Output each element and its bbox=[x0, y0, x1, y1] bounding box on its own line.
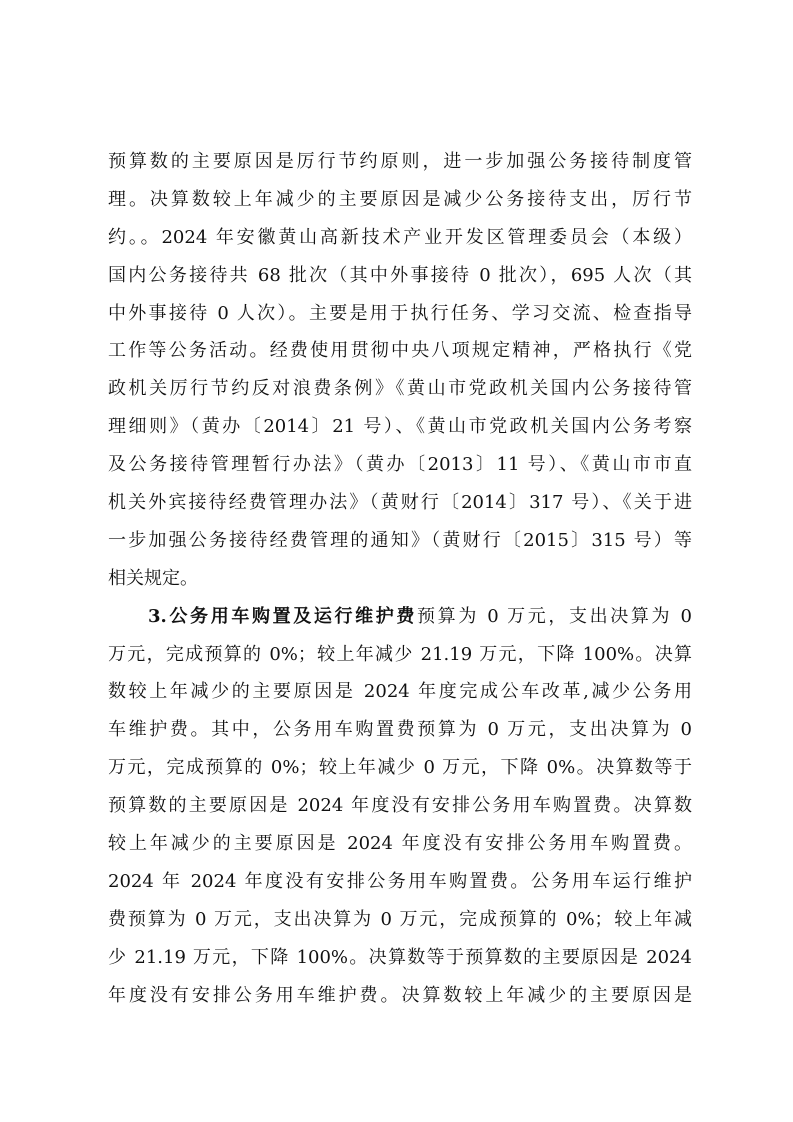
text-line: 约。。2024 年安徽黄山高新技术产业开发区管理委员会（本级） bbox=[108, 219, 692, 257]
text-line: 少 21.19 万元，下降 100%。决算数等于预算数的主要原因是 2024 bbox=[108, 939, 692, 977]
text-line: 一步加强公务接待经费管理的通知》（黄财行〔2015〕315 号）等 bbox=[108, 522, 692, 560]
text-line: 数较上年减少的主要原因是 2024 年度完成公车改革,减少公务用 bbox=[108, 673, 692, 711]
text-line: 中外事接待 0 人次）。主要是用于执行任务、学习交流、检查指导 bbox=[108, 295, 692, 333]
text-line: 较上年减少的主要原因是 2024 年度没有安排公务用车购置费。 bbox=[108, 825, 692, 863]
text-line: 国内公务接待共 68 批次（其中外事接待 0 批次），695 人次（其 bbox=[108, 257, 692, 295]
text-line: 机关外宾接待经费管理办法》（黄财行〔2014〕317 号）、《关于进 bbox=[108, 484, 692, 522]
text-line: 车维护费。其中，公务用车购置费预算为 0 万元，支出决算为 0 bbox=[108, 711, 692, 749]
text-line: 工作等公务活动。经费使用贯彻中央八项规定精神，严格执行《党 bbox=[108, 332, 692, 370]
text-line: 万元，完成预算的 0%；较上年减少 0 万元，下降 0%。决算数等于 bbox=[108, 749, 692, 787]
document-page: 预算数的主要原因是厉行节约原则，进一步加强公务接待制度管 理。决算数较上年减少的… bbox=[0, 0, 793, 1122]
text-run: 预算为 0 万元，支出决算为 0 bbox=[417, 606, 692, 627]
text-line: 相关规定。 bbox=[108, 560, 692, 598]
text-line: 年度没有安排公务用车维护费。决算数较上年减少的主要原因是 bbox=[108, 977, 692, 1015]
text-line-with-heading: 3.公务用车购置及运行维护费预算为 0 万元，支出决算为 0 bbox=[108, 598, 692, 636]
text-line: 及公务接待管理暂行办法》（黄办〔2013〕11 号）、《黄山市市直 bbox=[108, 446, 692, 484]
text-line: 万元，完成预算的 0%；较上年减少 21.19 万元，下降 100%。决算 bbox=[108, 636, 692, 674]
text-line: 预算数的主要原因是 2024 年度没有安排公务用车购置费。决算数 bbox=[108, 787, 692, 825]
section-heading: 3.公务用车购置及运行维护费 bbox=[148, 606, 417, 627]
text-line: 政机关厉行节约反对浪费条例》《黄山市党政机关国内公务接待管 bbox=[108, 370, 692, 408]
text-line: 2024 年 2024 年度没有安排公务用车购置费。公务用车运行维护 bbox=[108, 863, 692, 901]
text-line: 理。决算数较上年减少的主要原因是减少公务接待支出，厉行节 bbox=[108, 181, 692, 219]
paragraph-reception-expenses: 预算数的主要原因是厉行节约原则，进一步加强公务接待制度管 理。决算数较上年减少的… bbox=[108, 143, 692, 598]
text-line: 预算数的主要原因是厉行节约原则，进一步加强公务接待制度管 bbox=[108, 143, 692, 181]
text-line: 费预算为 0 万元，支出决算为 0 万元，完成预算的 0%；较上年减 bbox=[108, 901, 692, 939]
paragraph-vehicle-expenses: 3.公务用车购置及运行维护费预算为 0 万元，支出决算为 0 万元，完成预算的 … bbox=[108, 598, 692, 1015]
text-line: 理细则》（黄办〔2014〕21 号）、《黄山市党政机关国内公务考察 bbox=[108, 408, 692, 446]
document-body: 预算数的主要原因是厉行节约原则，进一步加强公务接待制度管 理。决算数较上年减少的… bbox=[108, 143, 692, 1014]
